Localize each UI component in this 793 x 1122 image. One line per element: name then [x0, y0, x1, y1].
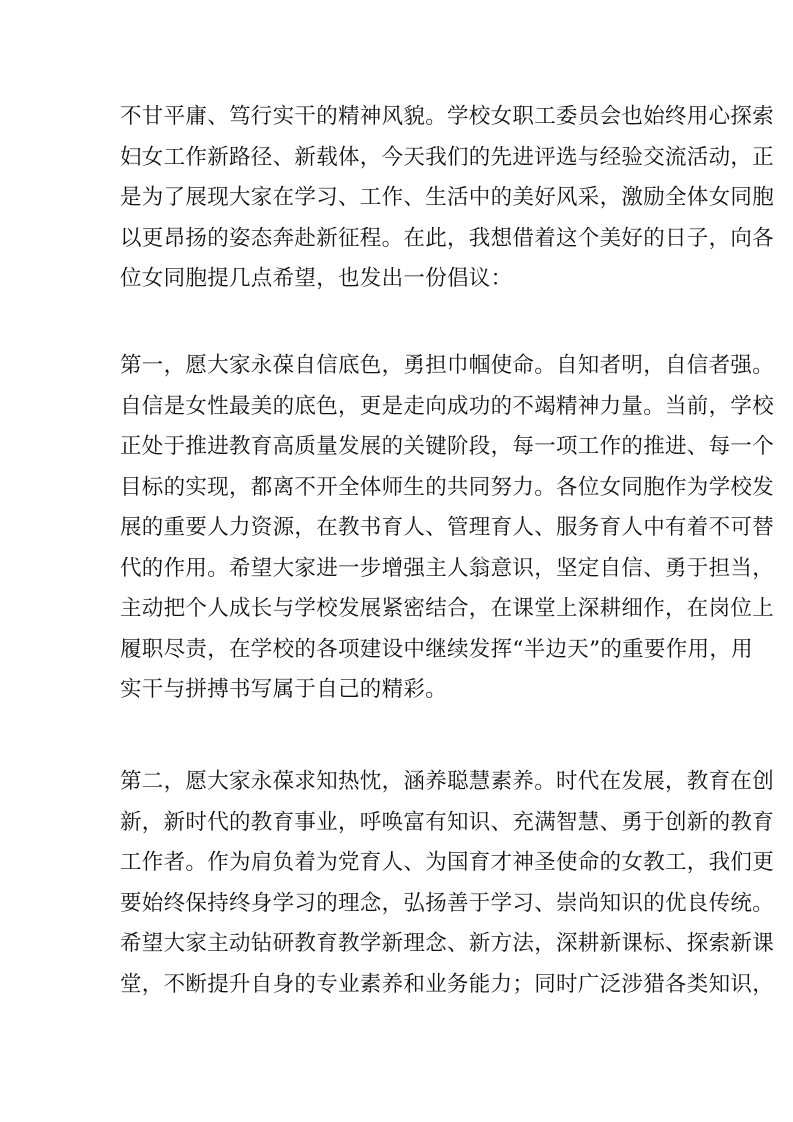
text-line: 新，新时代的教育事业，呼唤富有知识、充满智慧、勇于创新的教育 — [120, 803, 680, 844]
text-line: 代的作用。希望大家进一步增强主人翁意识，坚定自信、勇于担当， — [120, 549, 680, 590]
document-page: 不甘平庸、笃行实干的精神风貌。学校女职工委员会也始终用心探索 妇女工作新路径、新… — [0, 0, 793, 1122]
paragraph-second-point: 第二，愿大家永葆求知热忱，涵养聪慧素养。时代在发展，教育在创 新，新时代的教育事… — [120, 762, 680, 1005]
text-line: 堂，不断提升自身的专业素养和业务能力；同时广泛涉猎各类知识， — [120, 965, 680, 1006]
text-line: 以更昂扬的姿态奔赴新征程。在此，我想借着这个美好的日子，向各 — [120, 219, 680, 260]
paragraph-intro: 不甘平庸、笃行实干的精神风貌。学校女职工委员会也始终用心探索 妇女工作新路径、新… — [120, 97, 680, 300]
text-line: 妇女工作新路径、新载体，今天我们的先进评选与经验交流活动，正 — [120, 138, 680, 179]
text-line: 自信是女性最美的底色，更是走向成功的不竭精神力量。当前，学校 — [120, 387, 680, 428]
text-line: 展的重要人力资源，在教书育人、管理育人、服务育人中有着不可替 — [120, 508, 680, 549]
text-line: 不甘平庸、笃行实干的精神风貌。学校女职工委员会也始终用心探索 — [120, 97, 680, 138]
text-line: 工作者。作为肩负着为党育人、为国育才神圣使命的女教工，我们更 — [120, 843, 680, 884]
paragraph-first-point: 第一，愿大家永葆自信底色，勇担巾帼使命。自知者明，自信者强。 自信是女性最美的底… — [120, 346, 680, 711]
text-line: 第二，愿大家永葆求知热忱，涵养聪慧素养。时代在发展，教育在创 — [120, 762, 680, 803]
text-line: 目标的实现，都离不开全体师生的共同努力。各位女同胞作为学校发 — [120, 468, 680, 509]
text-line: 要始终保持终身学习的理念，弘扬善于学习、崇尚知识的优良传统。 — [120, 884, 680, 925]
text-line: 实干与拼搏书写属于自己的精彩。 — [120, 670, 680, 711]
text-line: 正处于推进教育高质量发展的关键阶段，每一项工作的推进、每一个 — [120, 427, 680, 468]
text-line: 第一，愿大家永葆自信底色，勇担巾帼使命。自知者明，自信者强。 — [120, 346, 680, 387]
text-line: 位女同胞提几点希望，也发出一份倡议： — [120, 259, 680, 300]
text-line: 主动把个人成长与学校发展紧密结合，在课堂上深耕细作，在岗位上 — [120, 589, 680, 630]
text-line: 是为了展现大家在学习、工作、生活中的美好风采，激励全体女同胞 — [120, 178, 680, 219]
text-line: 履职尽责，在学校的各项建设中继续发挥“半边天”的重要作用，用 — [120, 630, 680, 671]
text-line: 希望大家主动钻研教育教学新理念、新方法，深耕新课标、探索新课 — [120, 924, 680, 965]
